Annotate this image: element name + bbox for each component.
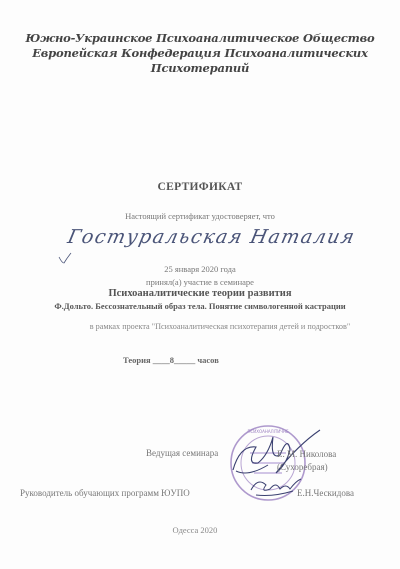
seminar-title: Психоаналитические теории развития bbox=[0, 288, 400, 299]
header-line-1: Южно-Украинское Психоаналитическое Общес… bbox=[0, 31, 400, 46]
leader-name-line-1: Е. М. Николова bbox=[277, 448, 336, 461]
seminar-subtitle: Ф.Дольто. Бессознательный образ тела. По… bbox=[0, 301, 400, 311]
director-signature-icon bbox=[248, 475, 303, 500]
certifies-text: Настоящий сертификат удостоверяет, что bbox=[0, 211, 400, 221]
leader-name: Е. М. Николова (Сухоребрая) bbox=[277, 448, 336, 474]
director-name: Е.Н.Ческидова bbox=[297, 488, 354, 498]
organization-header: Южно-Украинское Психоаналитическое Общес… bbox=[0, 31, 400, 76]
leader-role: Ведущая семинара bbox=[146, 448, 218, 458]
hours-line: Теория ____8_____ часов bbox=[123, 355, 219, 365]
handwritten-tick-icon bbox=[58, 252, 72, 264]
city-year: Одесса 2020 bbox=[0, 525, 400, 535]
certificate-title: СЕРТИФИКАТ bbox=[0, 181, 400, 193]
recipient-name-handwritten: Гостуральская Наталия bbox=[66, 226, 358, 248]
participated-text: принял(а) участие в семинаре bbox=[0, 277, 400, 287]
seminar-date: 25 января 2020 года bbox=[0, 264, 400, 274]
project-text: в рамках проекта "Психоаналитическая пси… bbox=[0, 322, 400, 331]
certificate-page: Южно-Украинское Психоаналитическое Общес… bbox=[0, 0, 400, 569]
header-line-2: Европейская Конфедерация Психоаналитичес… bbox=[0, 46, 400, 61]
director-role: Руководитель обучающих программ ЮУПО bbox=[20, 488, 190, 498]
header-line-3: Психотерапий bbox=[0, 61, 400, 76]
leader-name-line-2: (Сухоребрая) bbox=[277, 461, 336, 474]
